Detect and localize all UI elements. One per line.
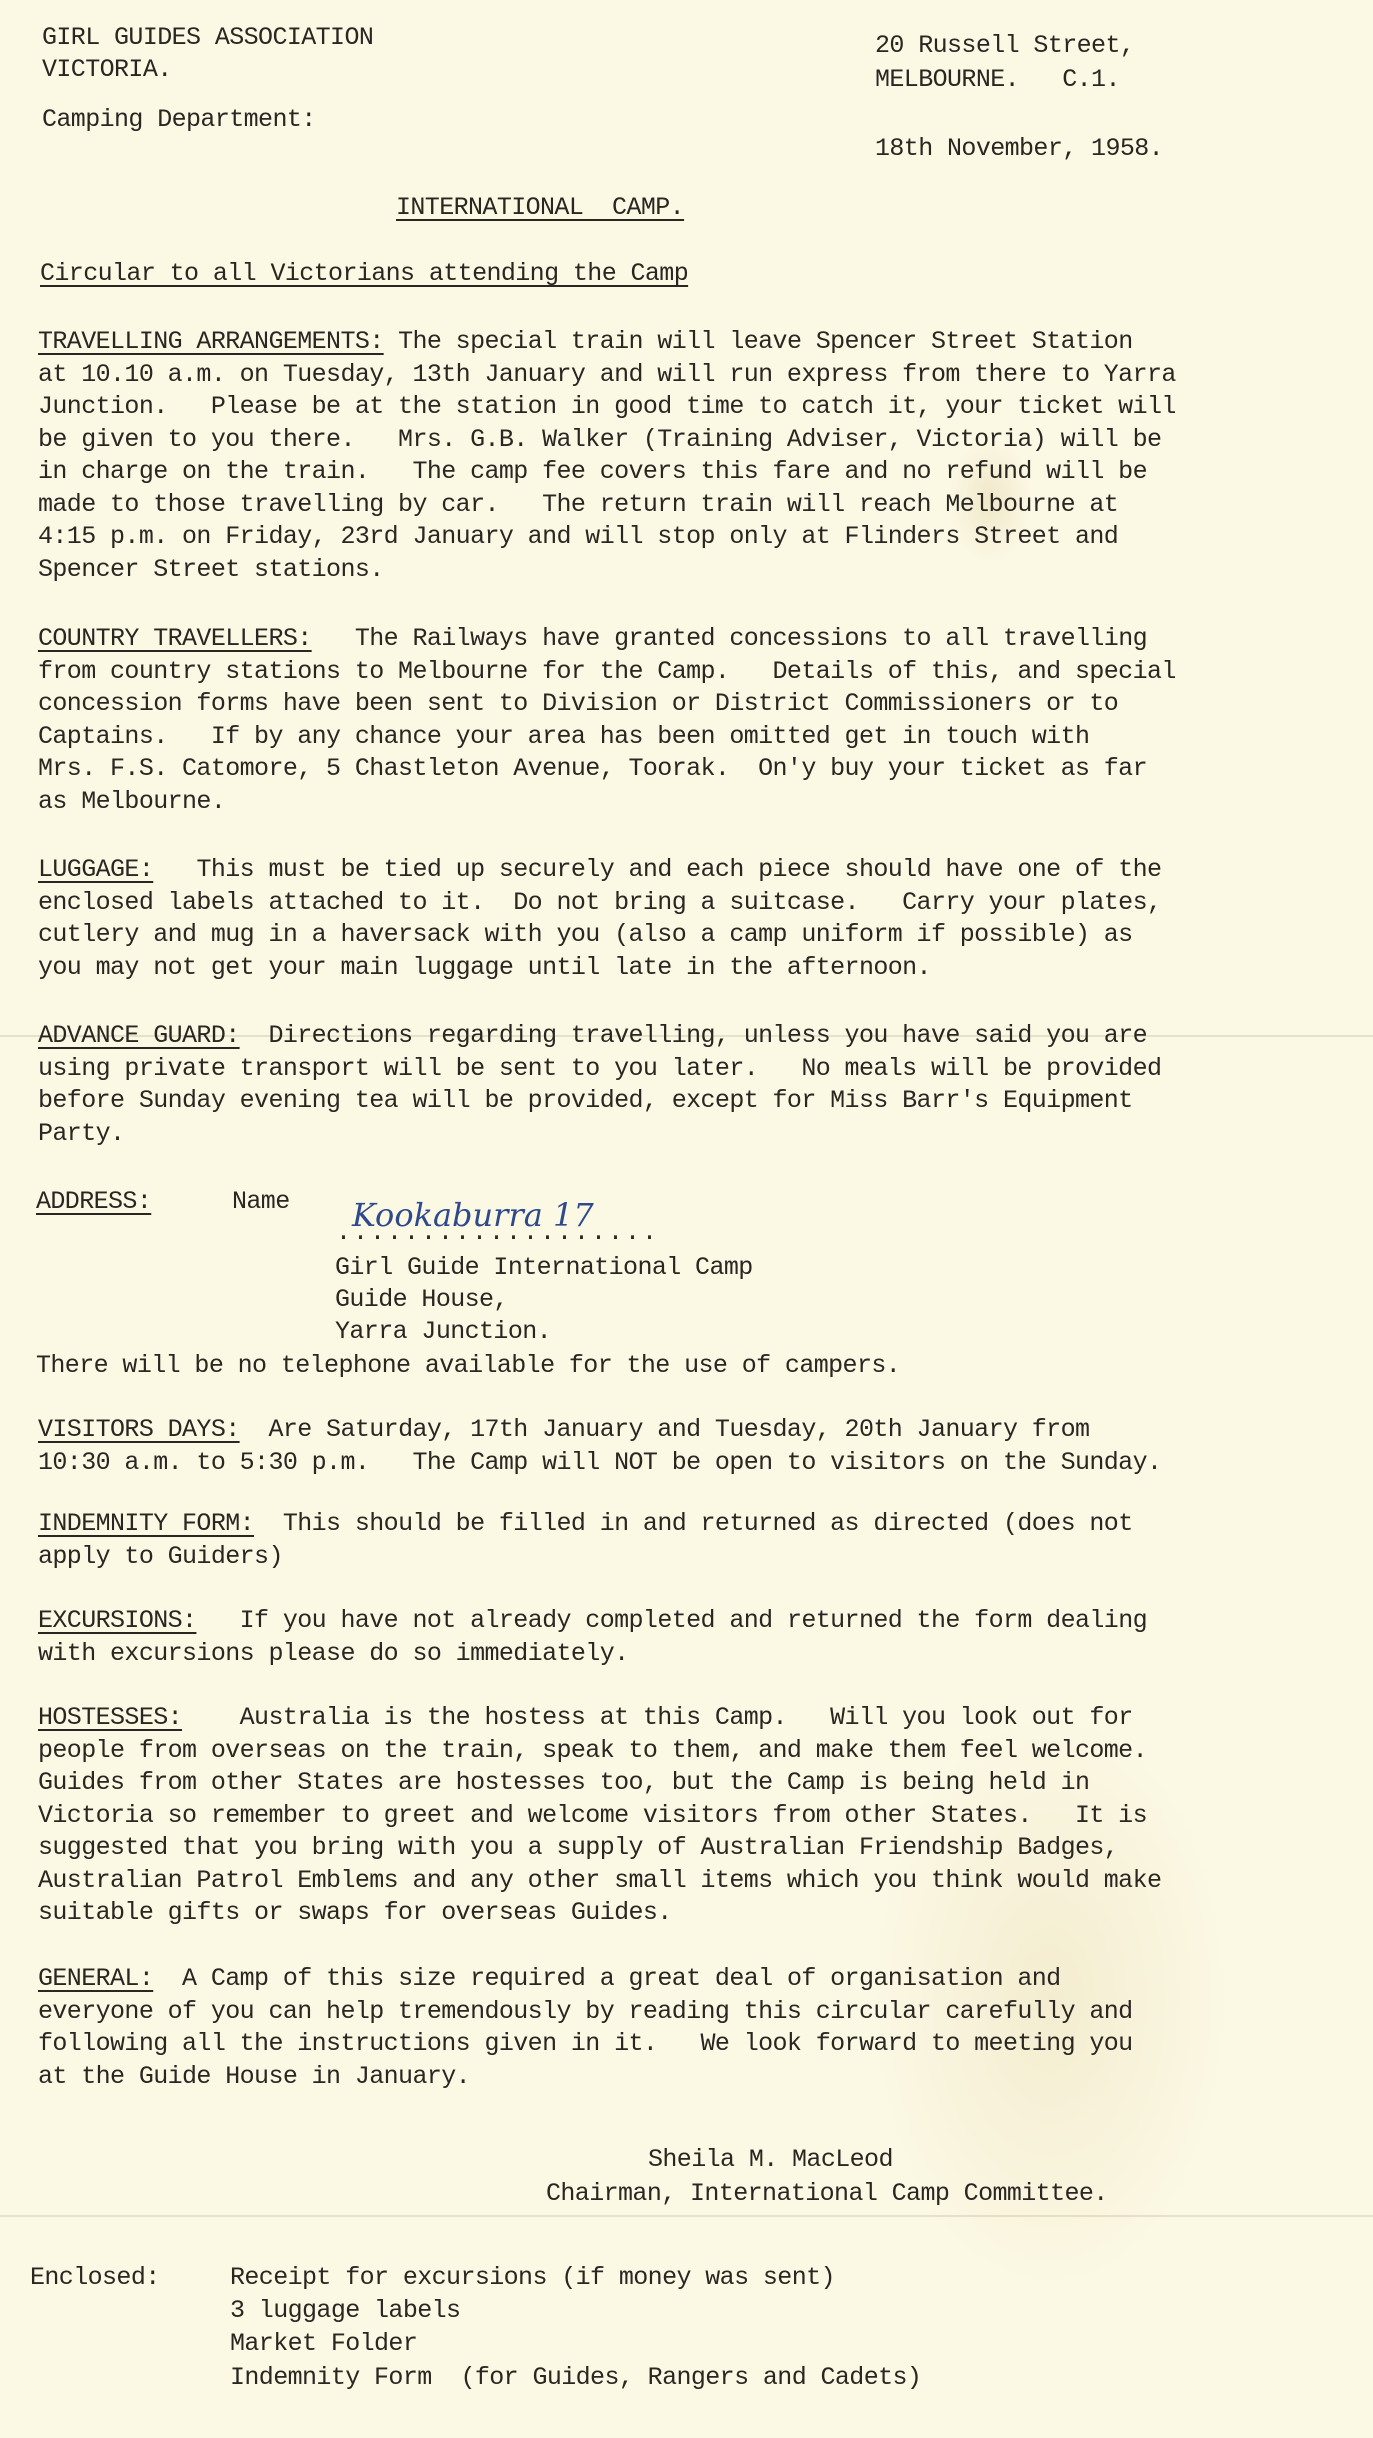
enclosed-item: Receipt for excursions (if money was sen… xyxy=(230,2262,835,2294)
section-line: suggested that you bring with you a supp… xyxy=(38,1832,1358,1865)
section-line: concession forms have been sent to Divis… xyxy=(38,688,1358,721)
section-line: from country stations to Melbourne for t… xyxy=(38,656,1358,689)
enclosed-item: 3 luggage labels xyxy=(230,2295,460,2327)
section-line: suitable gifts or swaps for overseas Gui… xyxy=(38,1897,1358,1930)
telephone-note: There will be no telephone available for… xyxy=(36,1350,900,1382)
section-excursions: EXCURSIONS: If you have not already comp… xyxy=(38,1605,1358,1670)
section-line: Spencer Street stations. xyxy=(38,554,1358,587)
enclosed-item: Indemnity Form (for Guides, Rangers and … xyxy=(230,2362,921,2394)
section-line: COUNTRY TRAVELLERS: The Railways have gr… xyxy=(38,623,1358,656)
address-line: Yarra Junction. xyxy=(335,1316,551,1348)
signatory-role: Chairman, International Camp Committee. xyxy=(546,2178,1108,2210)
section-line: Australian Patrol Emblems and any other … xyxy=(38,1865,1358,1898)
section-line: apply to Guiders) xyxy=(38,1541,1358,1574)
section-heading: HOSTESSES: xyxy=(38,1703,182,1732)
section-line: INDEMNITY FORM: This should be filled in… xyxy=(38,1508,1358,1541)
section-heading: GENERAL: xyxy=(38,1964,153,1993)
section-line: everyone of you can help tremendously by… xyxy=(38,1996,1358,2029)
address-city: MELBOURNE. C.1. xyxy=(875,64,1120,96)
section-line: made to those travelling by car. The ret… xyxy=(38,489,1358,522)
document-title: INTERNATIONAL CAMP. xyxy=(396,192,684,224)
circular-document: GIRL GUIDES ASSOCIATION VICTORIA. Campin… xyxy=(0,0,1373,2438)
section-line: 4:15 p.m. on Friday, 23rd January and wi… xyxy=(38,521,1358,554)
enclosed-item: Market Folder xyxy=(230,2328,417,2360)
section-line: as Melbourne. xyxy=(38,786,1358,819)
section-line: Junction. Please be at the station in go… xyxy=(38,391,1358,424)
section-line: 10:30 a.m. to 5:30 p.m. The Camp will NO… xyxy=(38,1447,1358,1480)
section-general: GENERAL: A Camp of this size required a … xyxy=(38,1963,1358,2093)
address-line: Girl Guide International Camp xyxy=(335,1252,753,1284)
section-heading: LUGGAGE: xyxy=(38,855,153,884)
section-line: Guides from other States are hostesses t… xyxy=(38,1767,1358,1800)
section-travelling: TRAVELLING ARRANGEMENTS: The special tra… xyxy=(38,326,1358,586)
section-line: TRAVELLING ARRANGEMENTS: The special tra… xyxy=(38,326,1358,359)
name-label: Name xyxy=(232,1186,290,1218)
section-line: cutlery and mug in a haversack with you … xyxy=(38,919,1358,952)
section-luggage: LUGGAGE: This must be tied up securely a… xyxy=(38,854,1358,984)
section-advance-guard: ADVANCE GUARD: Directions regarding trav… xyxy=(38,1020,1358,1150)
section-line: you may not get your main luggage until … xyxy=(38,952,1358,985)
section-line: VISITORS DAYS: Are Saturday, 17th Januar… xyxy=(38,1414,1358,1447)
section-line: with excursions please do so immediately… xyxy=(38,1638,1358,1671)
section-line: Party. xyxy=(38,1118,1358,1151)
name-fill-dots: ................... xyxy=(336,1218,659,1247)
section-heading: ADVANCE GUARD: xyxy=(38,1021,240,1050)
section-line: before Sunday evening tea will be provid… xyxy=(38,1085,1358,1118)
address-street: 20 Russell Street, xyxy=(875,30,1134,62)
section-line: LUGGAGE: This must be tied up securely a… xyxy=(38,854,1358,887)
section-country-travellers: COUNTRY TRAVELLERS: The Railways have gr… xyxy=(38,623,1358,818)
section-hostesses: HOSTESSES: Australia is the hostess at t… xyxy=(38,1702,1358,1930)
section-visitors-days: VISITORS DAYS: Are Saturday, 17th Januar… xyxy=(38,1414,1358,1479)
section-line: Captains. If by any chance your area has… xyxy=(38,721,1358,754)
section-line: Victoria so remember to greet and welcom… xyxy=(38,1800,1358,1833)
section-line: in charge on the train. The camp fee cov… xyxy=(38,456,1358,489)
section-heading: INDEMNITY FORM: xyxy=(38,1509,254,1538)
letter-date: 18th November, 1958. xyxy=(875,133,1163,165)
org-state: VICTORIA. xyxy=(42,54,172,86)
section-line: following all the instructions given in … xyxy=(38,2028,1358,2061)
section-line: be given to you there. Mrs. G.B. Walker … xyxy=(38,424,1358,457)
section-line: people from overseas on the train, speak… xyxy=(38,1735,1358,1768)
section-heading: VISITORS DAYS: xyxy=(38,1415,240,1444)
address-line: Guide House, xyxy=(335,1284,508,1316)
section-heading: EXCURSIONS: xyxy=(38,1606,196,1635)
department: Camping Department: xyxy=(42,104,316,136)
document-subtitle: Circular to all Victorians attending the… xyxy=(40,258,688,290)
section-line: HOSTESSES: Australia is the hostess at t… xyxy=(38,1702,1358,1735)
section-line: at the Guide House in January. xyxy=(38,2061,1358,2094)
section-line: GENERAL: A Camp of this size required a … xyxy=(38,1963,1358,1996)
section-indemnity-form: INDEMNITY FORM: This should be filled in… xyxy=(38,1508,1358,1573)
org-name: GIRL GUIDES ASSOCIATION xyxy=(42,22,373,54)
enclosed-label: Enclosed: xyxy=(30,2262,160,2294)
section-heading: COUNTRY TRAVELLERS: xyxy=(38,624,312,653)
section-line: enclosed labels attached to it. Do not b… xyxy=(38,887,1358,920)
section-line: at 10.10 a.m. on Tuesday, 13th January a… xyxy=(38,359,1358,392)
paper-crease xyxy=(0,2215,1373,2217)
section-line: Mrs. F.S. Catomore, 5 Chastleton Avenue,… xyxy=(38,753,1358,786)
section-line: ADVANCE GUARD: Directions regarding trav… xyxy=(38,1020,1358,1053)
section-line: using private transport will be sent to … xyxy=(38,1053,1358,1086)
signatory-name: Sheila M. MacLeod xyxy=(648,2144,893,2176)
address-heading: ADDRESS: xyxy=(36,1186,151,1218)
section-line: EXCURSIONS: If you have not already comp… xyxy=(38,1605,1358,1638)
section-heading: TRAVELLING ARRANGEMENTS: xyxy=(38,327,384,356)
